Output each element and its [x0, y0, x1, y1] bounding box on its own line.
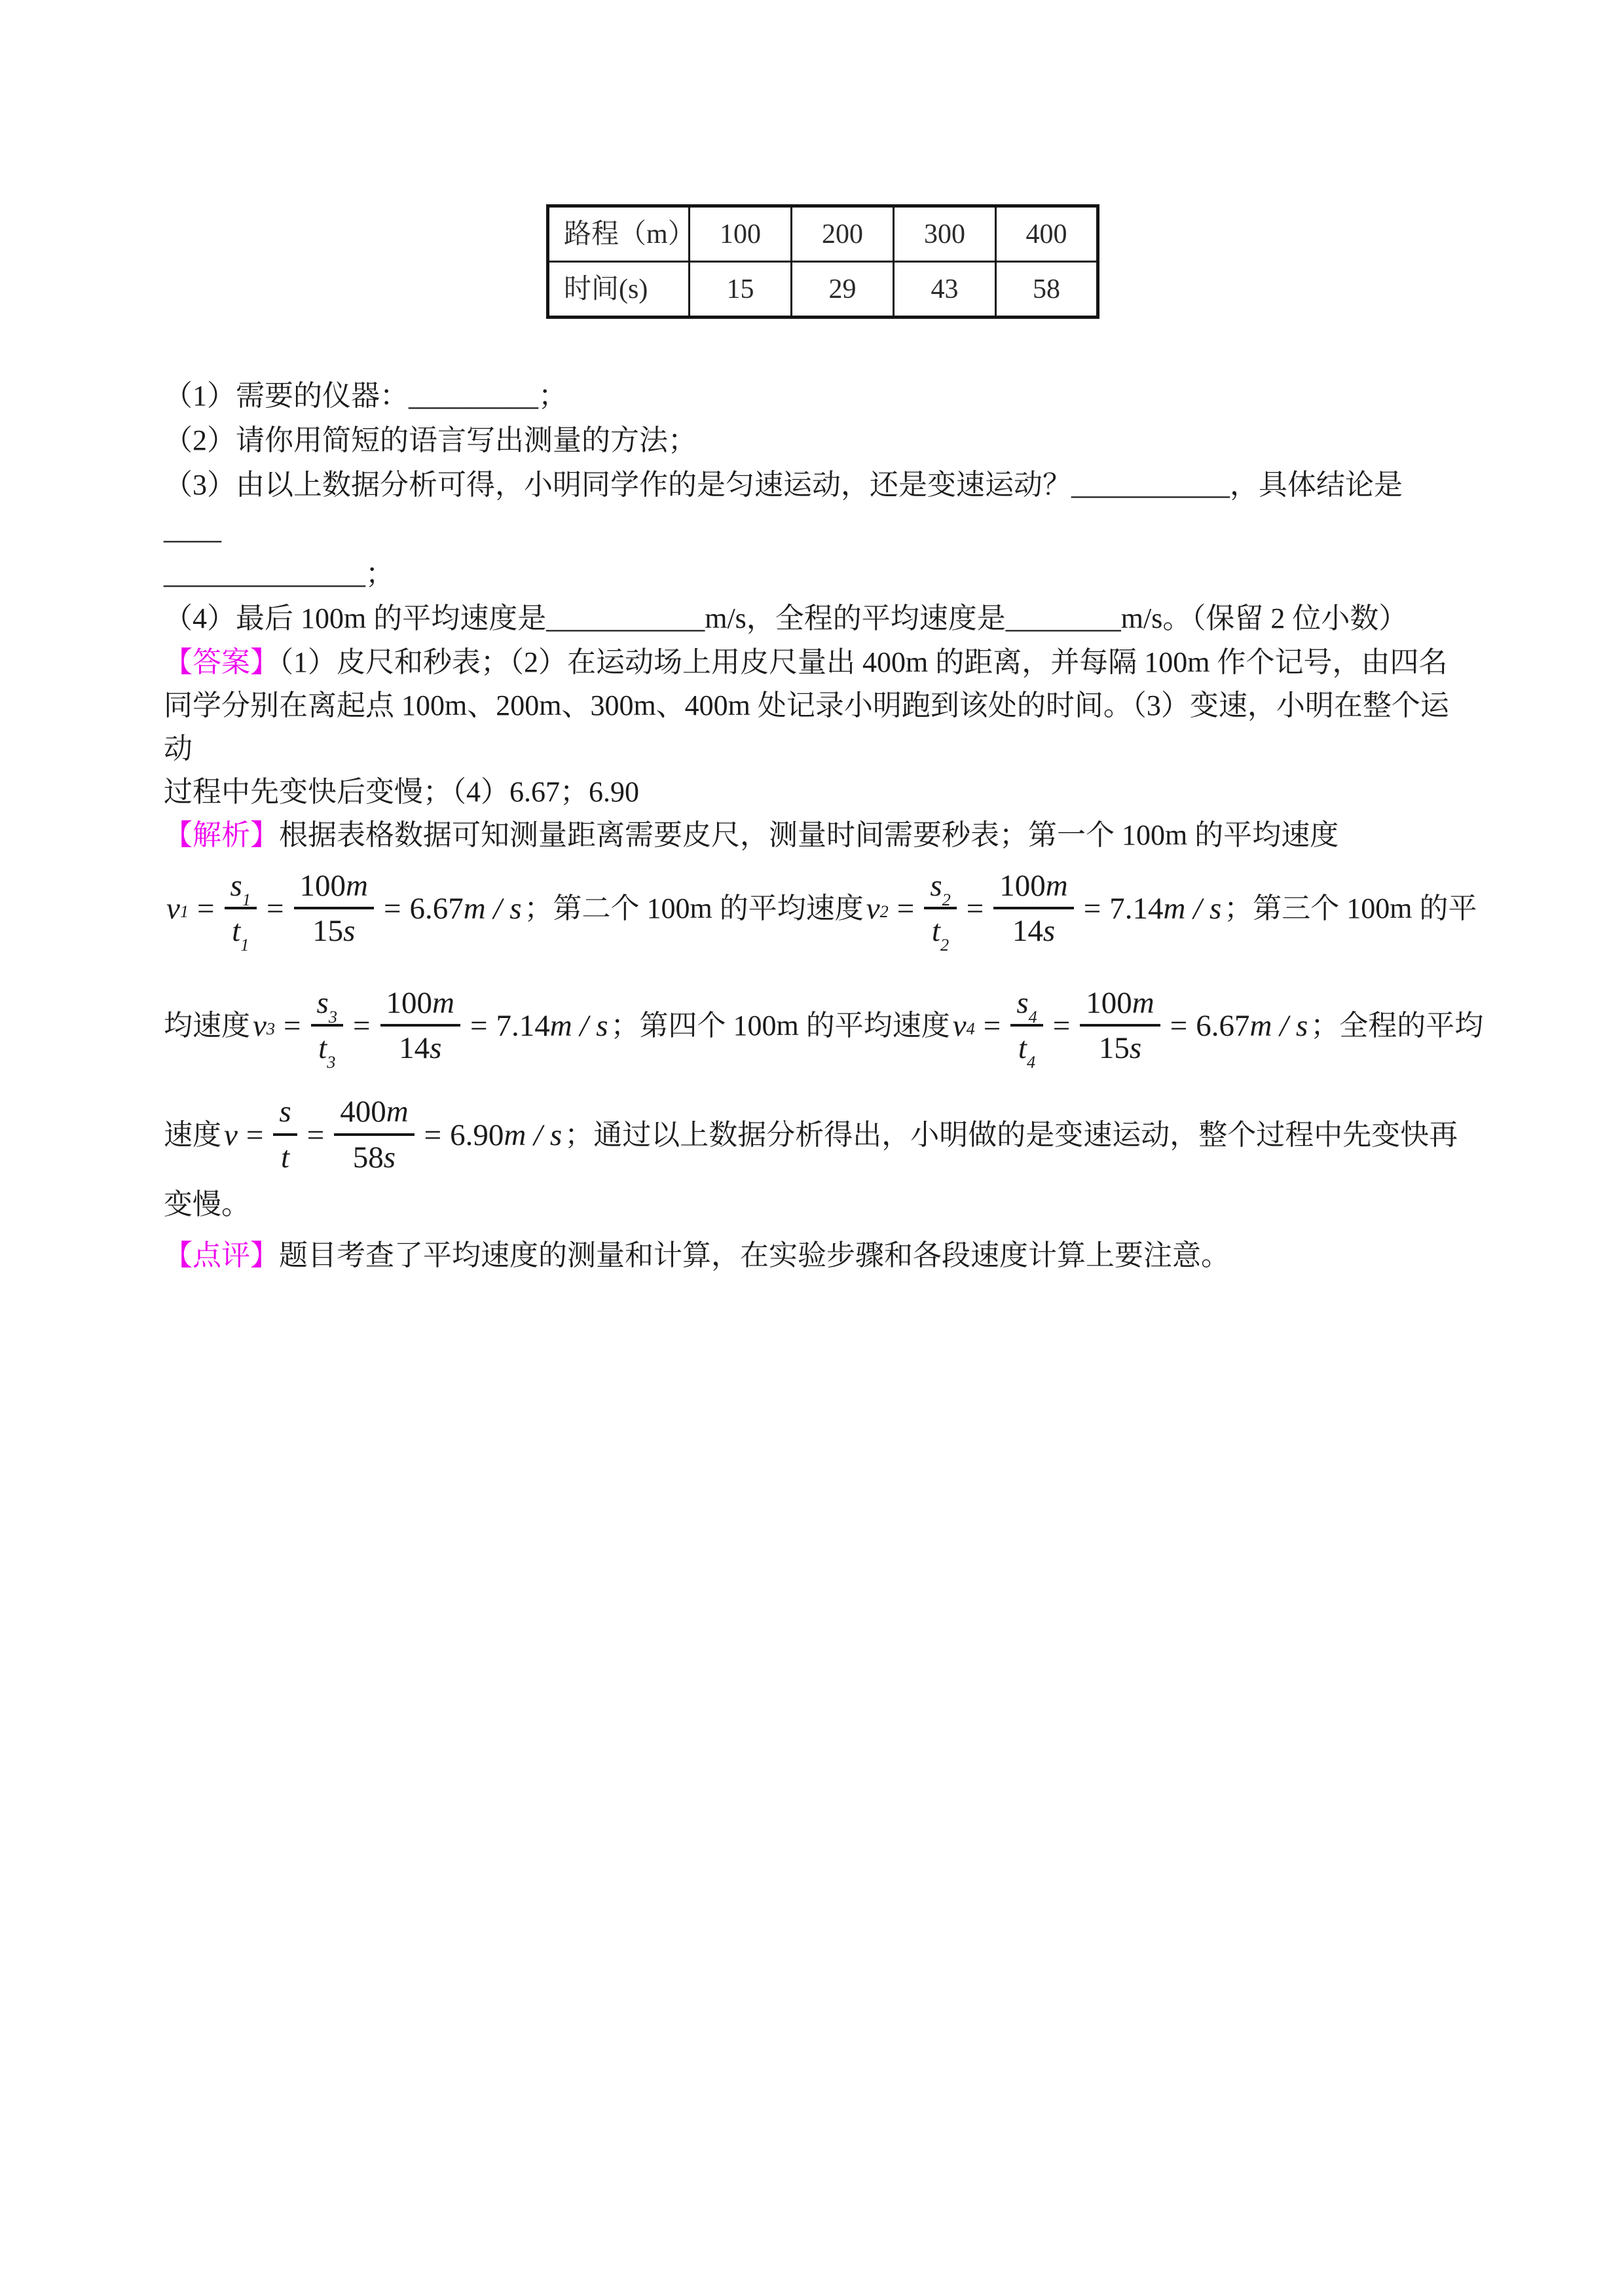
equals-sign: =	[470, 1004, 488, 1048]
fraction-denominator: t1	[226, 909, 255, 947]
answer-label: 【答案】	[164, 646, 279, 678]
answer-line: 【答案】（1）皮尺和秒表；（2）在运动场上用皮尺量出 400m 的距离，并每隔 …	[164, 641, 1457, 684]
equals-sign: =	[424, 1114, 442, 1157]
fraction-numerator: s3	[311, 987, 343, 1027]
equals-sign: =	[197, 887, 215, 930]
fraction-numerator: s2	[924, 870, 956, 909]
numeric-fraction: 100m 14s	[380, 987, 460, 1065]
comment-label: 【点评】	[164, 1239, 279, 1271]
equation-lhs: v	[953, 1004, 967, 1048]
fraction-numerator: s1	[225, 870, 257, 909]
fraction-numerator: 400m	[334, 1096, 414, 1135]
formula-line-1: v1 = s1 t1 = 100m 15s = 6.67m / s ；第二个 1…	[164, 870, 1457, 948]
numeric-fraction: 100m 15s	[1080, 987, 1160, 1065]
conclusion-line: 变慢。	[164, 1183, 1457, 1226]
inline-text: ；通过以上数据分析得出，小明做的是变速运动，整个过程中先变快再	[564, 1114, 1458, 1157]
question-line-2: （2）请你用简短的语言写出测量的方法；	[164, 418, 1457, 463]
equals-sign: =	[984, 1004, 1001, 1048]
equation-result: 7.14m / s	[1109, 887, 1221, 930]
fraction-denominator: t2	[926, 909, 955, 947]
equation-result: 6.67m / s	[409, 887, 521, 930]
table-cell: 29	[792, 262, 894, 318]
answer-line: 过程中先变快后变慢；（4）6.67；6.90	[164, 771, 1457, 814]
analysis-intro-text: 根据表格数据可知测量距离需要皮尺，测量时间需要秒表；第一个 100m 的平均速度	[279, 819, 1338, 851]
fraction-denominator: t3	[312, 1027, 341, 1065]
numeric-fraction: 100m 14s	[993, 870, 1073, 948]
fraction-denominator: 58s	[347, 1136, 401, 1174]
equation-lhs: v	[166, 887, 180, 930]
equals-sign: =	[267, 887, 284, 930]
page-content: 路程（m） 100 200 300 400 时间(s) 15 29 43 58 …	[0, 204, 1624, 1277]
equation-v2: v2 = s2 t2 = 100m 14s = 7.14m / s	[866, 870, 1222, 948]
question-line-3-continued: ______________；	[164, 552, 1457, 596]
equals-sign: =	[307, 1114, 325, 1157]
worksheet-page: 路程（m） 100 200 300 400 时间(s) 15 29 43 58 …	[0, 0, 1624, 2296]
table-row-distance: 路程（m） 100 200 300 400	[548, 206, 1098, 262]
table-cell: 400	[996, 206, 1098, 262]
equals-sign: =	[1170, 1004, 1188, 1048]
equals-sign: =	[967, 887, 984, 930]
answer-text: （1）皮尺和秒表；（2）在运动场上用皮尺量出 400m 的距离，并每隔 100m…	[279, 646, 1447, 678]
question-line-3: （3）由以上数据分析可得，小明同学作的是匀速运动，还是变速运动？________…	[164, 463, 1457, 552]
symbolic-fraction: s4 t4	[1010, 987, 1043, 1065]
question-section: （1）需要的仪器：_________； （2）请你用简短的语言写出测量的方法； …	[164, 374, 1457, 641]
symbolic-fraction: s2 t2	[924, 870, 956, 948]
symbolic-fraction: s3 t3	[311, 987, 343, 1065]
equation-result: 7.14m / s	[496, 1004, 608, 1048]
equals-sign: =	[1084, 887, 1101, 930]
fraction-numerator: 100m	[294, 870, 374, 909]
answer-section: 【答案】（1）皮尺和秒表；（2）在运动场上用皮尺量出 400m 的距离，并每隔 …	[164, 641, 1457, 814]
answer-line: 同学分别在离起点 100m、200m、300m、400m 处记录小明跑到该处的时…	[164, 684, 1457, 771]
analysis-intro-line: 【解析】根据表格数据可知测量距离需要皮尺，测量时间需要秒表；第一个 100m 的…	[164, 814, 1457, 857]
question-line-1: （1）需要的仪器：_________；	[164, 374, 1457, 418]
equation-v-total: v = s t = 400m 58s = 6.90m / s	[224, 1096, 562, 1174]
fraction-denominator: 14s	[1006, 909, 1061, 947]
analysis-label: 【解析】	[164, 819, 279, 851]
fraction-denominator: 15s	[306, 909, 361, 947]
analysis-section: 【解析】根据表格数据可知测量距离需要皮尺，测量时间需要秒表；第一个 100m 的…	[164, 814, 1457, 1226]
table-cell: 200	[792, 206, 894, 262]
inline-text: ；全程的平均	[1310, 1004, 1483, 1048]
fraction-numerator: s4	[1010, 987, 1043, 1027]
formula-line-3: 速度 v = s t = 400m 58s = 6.90m / s	[164, 1096, 1457, 1174]
numeric-fraction: 400m 58s	[334, 1096, 414, 1174]
table-cell: 300	[894, 206, 996, 262]
fraction-numerator: s	[273, 1096, 297, 1135]
equals-sign: =	[246, 1114, 264, 1157]
symbolic-fraction: s t	[273, 1096, 297, 1174]
inline-text: ；第三个 100m 的平	[1224, 887, 1477, 930]
table-header-time: 时间(s)	[548, 262, 690, 318]
comment-section: 【点评】题目考查了平均速度的测量和计算，在实验步骤和各段速度计算上要注意。	[164, 1234, 1457, 1277]
equals-sign: =	[384, 887, 401, 930]
equation-lhs: v	[253, 1004, 267, 1048]
symbolic-fraction: s1 t1	[225, 870, 257, 948]
equals-sign: =	[353, 1004, 371, 1048]
question-line-4: （4）最后 100m 的平均速度是___________m/s，全程的平均速度是…	[164, 596, 1457, 641]
table-cell: 15	[690, 262, 792, 318]
fraction-numerator: 100m	[993, 870, 1073, 909]
table-row-time: 时间(s) 15 29 43 58	[548, 262, 1098, 318]
inline-text: 速度	[164, 1114, 221, 1157]
fraction-denominator: t4	[1012, 1027, 1041, 1065]
inline-text: 均速度	[164, 1004, 250, 1048]
inline-text: ；第四个 100m 的平均速度	[611, 1004, 950, 1048]
equation-result: 6.90m / s	[450, 1114, 562, 1157]
comment-line: 【点评】题目考查了平均速度的测量和计算，在实验步骤和各段速度计算上要注意。	[164, 1234, 1457, 1277]
formula-line-2: 均速度 v3 = s3 t3 = 100m 14s = 7.14m / s	[164, 987, 1457, 1065]
table-header-distance: 路程（m）	[548, 206, 690, 262]
fraction-numerator: 100m	[380, 987, 460, 1027]
equation-v1: v1 = s1 t1 = 100m 15s = 6.67m / s	[166, 870, 522, 948]
table-cell: 43	[894, 262, 996, 318]
equation-lhs: v	[866, 887, 880, 930]
equals-sign: =	[1053, 1004, 1071, 1048]
numeric-fraction: 100m 15s	[294, 870, 374, 948]
fraction-denominator: t	[275, 1136, 295, 1174]
fraction-denominator: 15s	[1093, 1027, 1147, 1065]
equation-v4: v4 = s4 t4 = 100m 15s = 6.67m / s	[953, 987, 1308, 1065]
measurement-table: 路程（m） 100 200 300 400 时间(s) 15 29 43 58	[546, 204, 1099, 319]
equation-v3: v3 = s3 t3 = 100m 14s = 7.14m / s	[253, 987, 608, 1065]
equals-sign: =	[897, 887, 915, 930]
equation-lhs: v	[224, 1114, 238, 1157]
fraction-numerator: 100m	[1080, 987, 1160, 1027]
inline-text: ；第二个 100m 的平均速度	[525, 887, 864, 930]
equation-result: 6.67m / s	[1196, 1004, 1308, 1048]
equals-sign: =	[284, 1004, 301, 1048]
comment-text: 题目考查了平均速度的测量和计算，在实验步骤和各段速度计算上要注意。	[279, 1239, 1230, 1271]
fraction-denominator: 14s	[393, 1027, 447, 1065]
table-cell: 58	[996, 262, 1098, 318]
table-cell: 100	[690, 206, 792, 262]
